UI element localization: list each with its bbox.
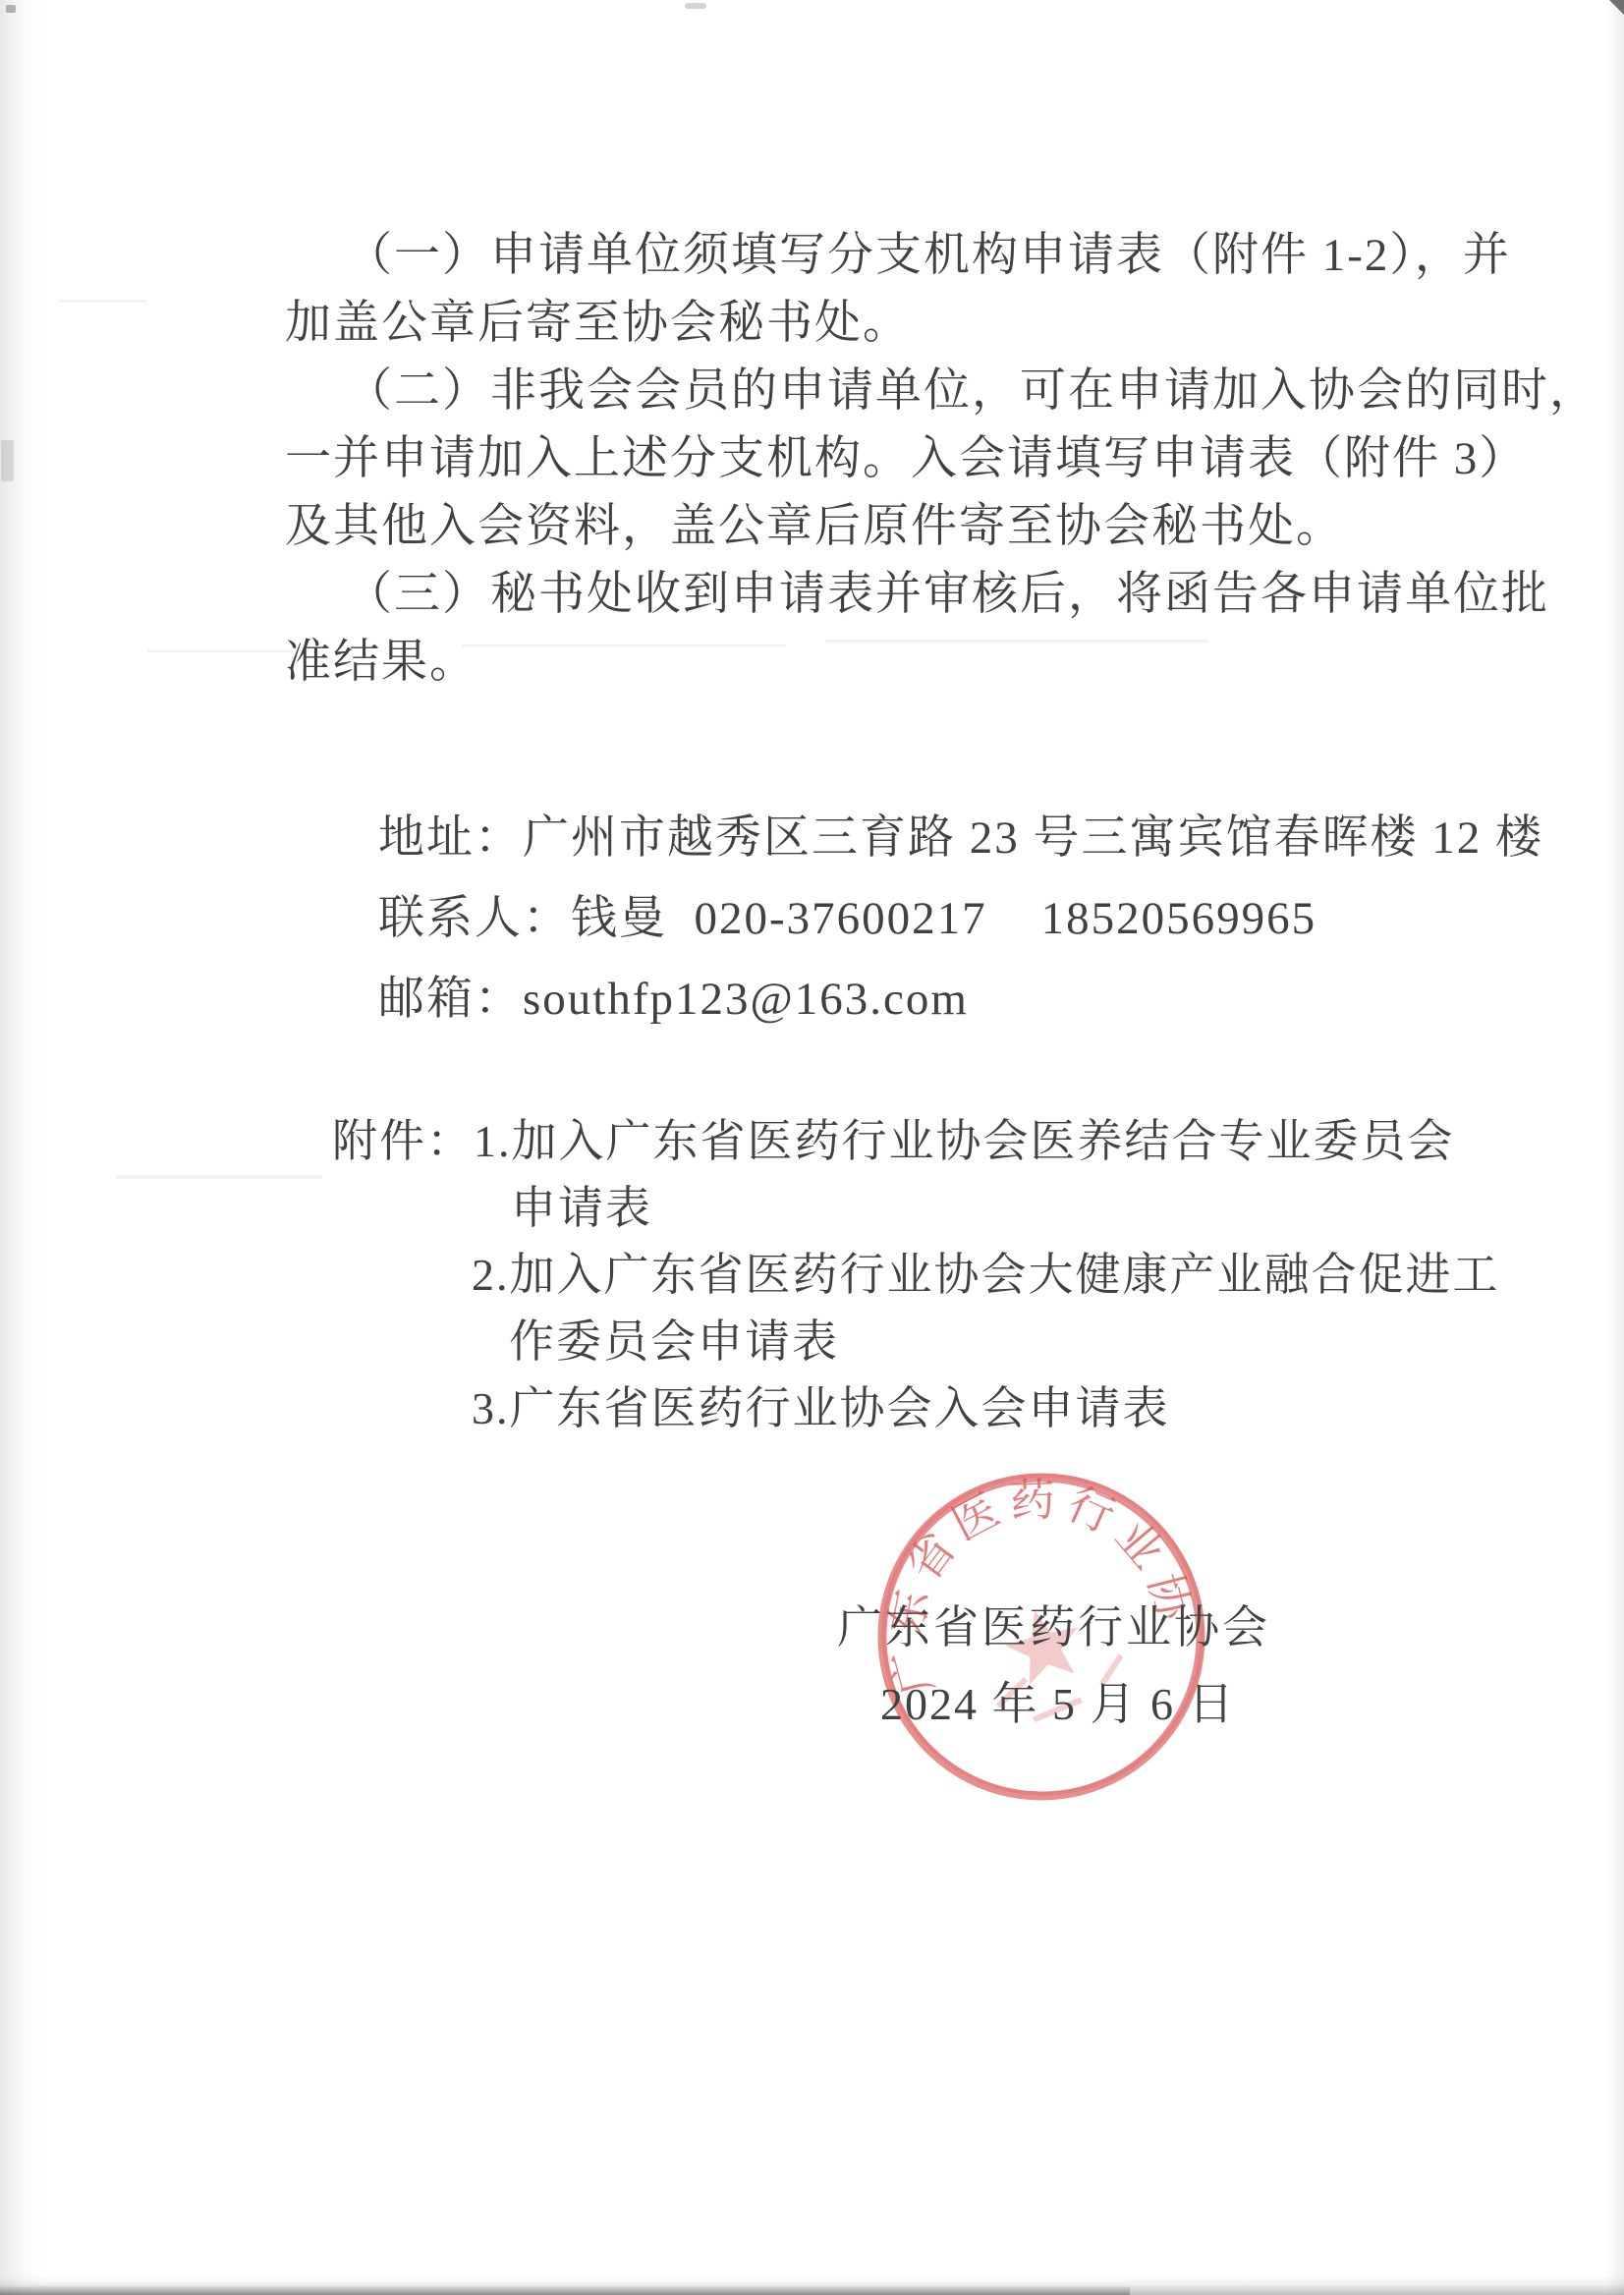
text-line: 准结果。 — [285, 629, 1474, 697]
text-line: 作委员会申请表 — [509, 1309, 1500, 1375]
scan-speck — [685, 3, 706, 9]
scan-edge-bottom-shadow — [0, 2285, 1130, 2295]
text-line: （二）非我会会员的申请单位，可在申请加入协会的同时， — [285, 358, 1474, 425]
scanned-letter-page: （一）申请单位须填写分支机构申请表（附件 1-2），并加盖公章后寄至协会秘书处。… — [0, 0, 1624, 2295]
text-line: （一）申请单位须填写分支机构申请表（附件 1-2），并 — [285, 222, 1474, 290]
text-line: 申请表 — [511, 1175, 1500, 1242]
body-paragraphs: （一）申请单位须填写分支机构申请表（附件 1-2），并加盖公章后寄至协会秘书处。… — [285, 222, 1474, 697]
text-line: 联系人：钱曼 020-37600217 18520569965 — [378, 878, 1543, 959]
text-line: 地址：广州市越秀区三育路 23 号三寓宾馆春晖楼 12 楼 — [378, 798, 1543, 878]
scan-speck — [1, 440, 14, 481]
scan-streak — [59, 300, 147, 303]
scan-streak — [147, 649, 295, 652]
text-line: 邮箱：southfp123@163.com — [378, 959, 1543, 1039]
scan-edge-left — [0, 0, 43, 2295]
text-line: 2.加入广东省医药行业协会大健康产业融合促进工 — [472, 1242, 1500, 1309]
contact-info: 地址：广州市越秀区三育路 23 号三寓宾馆春晖楼 12 楼联系人：钱曼 020-… — [378, 798, 1543, 1039]
signature-org: 广东省医药行业协会 — [837, 1592, 1270, 1656]
text-line: （三）秘书处收到申请表并审核后，将函告各申请单位批 — [285, 561, 1474, 629]
text-line: 一并申请加入上述分支机构。入会请填写申请表（附件 3） — [285, 425, 1474, 493]
attachment-list: 附件：1.加入广东省医药行业协会医养结合专业委员会申请表2.加入广东省医药行业协… — [332, 1108, 1500, 1442]
text-line: 3.广东省医药行业协会入会申请表 — [472, 1375, 1500, 1442]
scan-speck — [6, 5, 16, 13]
scan-streak — [116, 1175, 322, 1179]
scan-corner-mark — [1609, 0, 1624, 15]
scan-edge-right — [1606, 0, 1624, 2295]
text-line: 加盖公章后寄至协会秘书处。 — [285, 290, 1474, 358]
text-line: 附件：1.加入广东省医药行业协会医养结合专业委员会 — [332, 1108, 1500, 1175]
signature-date: 2024 年 5 月 6 日 — [880, 1668, 1236, 1733]
text-line: 及其他入会资料，盖公章后原件寄至协会秘书处。 — [285, 493, 1474, 561]
